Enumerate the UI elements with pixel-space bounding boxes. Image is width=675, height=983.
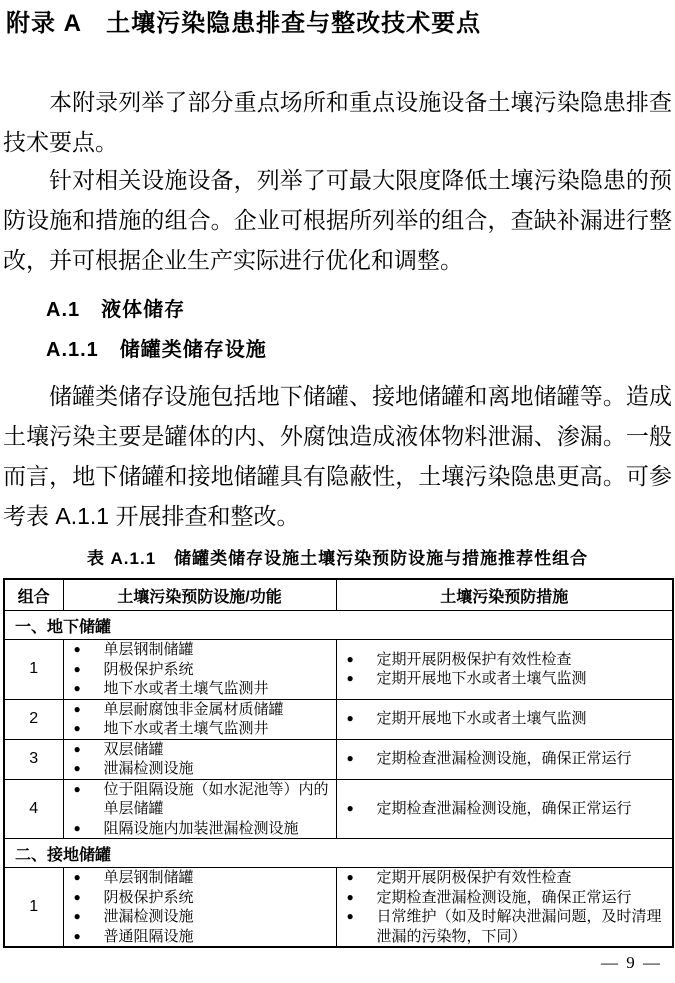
list-item-text: 单层耐腐蚀非金属材质储罐 [104,701,284,718]
list-item-text: 阻隔设施内加装泄漏检测设施 [104,820,299,837]
table-caption: 表 A.1.1 储罐类储存设施土壤污染预防设施与措施推荐性组合 [0,544,675,569]
list-item: ●泄漏检测设施 [64,907,336,927]
facilities-cell: ●双层储罐 ●泄漏检测设施 [63,739,336,779]
paragraph-combinations: 针对相关设施设备，列举了可最大限度降低土壤污染隐患的预防设施和措施的组合。企业可… [3,160,672,280]
list-item-text: 定期开展阴极保护有效性检查 [377,869,572,886]
bullet-icon: ● [74,780,81,800]
measures-cell: ●定期检查泄漏检测设施，确保正常运行 [336,779,673,839]
list-item-text: 泄漏检测设施 [104,908,194,925]
facilities-cell: ●单层耐腐蚀非金属材质储罐 ●地下水或者土壤气监测井 [63,699,336,739]
list-item: ●地下水或者土壤气监测井 [64,719,336,739]
list-item: ●单层钢制储罐 [64,868,336,888]
list-item: ●定期开展阴极保护有效性检查 [337,868,673,888]
list-item-text: 泄漏检测设施 [104,760,194,777]
page-number: — 9 — [601,953,662,973]
list-item-text: 地下水或者土壤气监测井 [104,720,269,737]
bullet-icon: ● [74,640,81,660]
list-item-text: 位于阻隔设施（如水泥池等）内的单层储罐 [104,781,329,818]
bullet-icon: ● [74,700,81,720]
column-header-facilities: 土壤污染预防设施/功能 [63,579,336,611]
list-item: ●泄漏检测设施 [64,759,336,779]
list-item-text: 双层储罐 [104,741,164,758]
table-row: 1 ●单层钢制储罐 ●阴极保护系统 ●地下水或者土壤气监测井 ●定期开展阴极保护… [4,640,673,700]
column-header-combo: 组合 [4,579,63,611]
list-item: ●普通阻隔设施 [64,927,336,947]
section-row-underground-tanks: 一、地下储罐 [4,611,673,640]
bullet-icon: ● [74,907,81,927]
bullet-icon: ● [74,679,81,699]
list-item-text: 定期开展阴极保护有效性检查 [377,651,572,668]
combo-number: 2 [4,699,63,739]
bullet-icon: ● [74,660,81,680]
combo-number: 1 [4,868,63,948]
list-item: ●定期开展地下水或者土壤气监测 [337,669,673,689]
list-item: ●位于阻隔设施（如水泥池等）内的单层储罐 [64,780,336,819]
bullet-icon: ● [347,669,354,689]
measures-cell: ●定期开展阴极保护有效性检查 ●定期检查泄漏检测设施，确保正常运行 ●日常维护（… [336,868,673,948]
list-item-text: 阴极保护系统 [104,661,194,678]
heading-a11: A.1.1 储罐类储存设施 [46,333,267,362]
list-item-text: 地下水或者土壤气监测井 [104,680,269,697]
bullet-icon: ● [347,799,354,819]
section-title: 二、接地储罐 [4,839,673,868]
table-row: 4 ●位于阻隔设施（如水泥池等）内的单层储罐 ●阻隔设施内加装泄漏检测设施 ●定… [4,779,673,839]
paragraph-intro: 本附录列举了部分重点场所和重点设施设备土壤污染隐患排查技术要点。 [3,82,672,162]
bullet-icon: ● [347,709,354,729]
heading-a1: A.1 液体储存 [46,293,185,322]
list-item-text: 日常维护（如及时解决泄漏问题，及时清理泄漏的污染物，下同） [377,908,662,945]
list-item: ●定期检查泄漏检测设施，确保正常运行 [337,888,673,908]
table-row: 3 ●双层储罐 ●泄漏检测设施 ●定期检查泄漏检测设施，确保正常运行 [4,739,673,779]
list-item-text: 普通阻隔设施 [104,928,194,945]
bullet-icon: ● [347,868,354,888]
list-item: ●日常维护（如及时解决泄漏问题，及时清理泄漏的污染物，下同） [337,907,673,946]
bullet-icon: ● [74,888,81,908]
bullet-icon: ● [74,740,81,760]
recommendation-table: 组合 土壤污染预防设施/功能 土壤污染预防措施 一、地下储罐 1 ●单层钢制储罐… [3,578,674,948]
measures-cell: ●定期开展地下水或者土壤气监测 [336,699,673,739]
bullet-icon: ● [74,927,81,947]
list-item: ●定期检查泄漏检测设施，确保正常运行 [337,749,673,769]
column-header-measures: 土壤污染预防措施 [336,579,673,611]
table-header-row: 组合 土壤污染预防设施/功能 土壤污染预防措施 [4,579,673,611]
list-item-text: 单层钢制储罐 [104,641,194,658]
page-title: 附录 A 土壤污染隐患排查与整改技术要点 [6,3,670,38]
list-item-text: 定期检查泄漏检测设施，确保正常运行 [377,889,632,906]
bullet-icon: ● [347,888,354,908]
bullet-icon: ● [347,749,354,769]
bullet-icon: ● [347,907,354,927]
combo-number: 4 [4,779,63,839]
list-item: ●定期开展阴极保护有效性检查 [337,650,673,670]
list-item: ●定期开展地下水或者土壤气监测 [337,709,673,729]
paragraph-tank-storage: 储罐类储存设施包括地下储罐、接地储罐和离地储罐等。造成土壤污染主要是罐体的内、外… [3,376,672,536]
facilities-cell: ●单层钢制储罐 ●阴极保护系统 ●地下水或者土壤气监测井 [63,640,336,700]
measures-cell: ●定期检查泄漏检测设施，确保正常运行 [336,739,673,779]
list-item-text: 阴极保护系统 [104,889,194,906]
combo-number: 1 [4,640,63,700]
facilities-cell: ●单层钢制储罐 ●阴极保护系统 ●泄漏检测设施 ●普通阻隔设施 [63,868,336,948]
list-item: ●双层储罐 [64,740,336,760]
list-item-text: 定期开展地下水或者土壤气监测 [377,670,587,687]
table-row: 1 ●单层钢制储罐 ●阴极保护系统 ●泄漏检测设施 ●普通阻隔设施 ●定期开展阴… [4,868,673,948]
bullet-icon: ● [74,719,81,739]
bullet-icon: ● [74,868,81,888]
list-item: ●阻隔设施内加装泄漏检测设施 [64,819,336,839]
list-item-text: 定期检查泄漏检测设施，确保正常运行 [377,800,632,817]
list-item-text: 定期检查泄漏检测设施，确保正常运行 [377,750,632,767]
list-item: ●定期检查泄漏检测设施，确保正常运行 [337,799,673,819]
list-item-text: 定期开展地下水或者土壤气监测 [377,710,587,727]
list-item: ●地下水或者土壤气监测井 [64,679,336,699]
bullet-icon: ● [74,819,81,839]
combo-number: 3 [4,739,63,779]
table-row: 2 ●单层耐腐蚀非金属材质储罐 ●地下水或者土壤气监测井 ●定期开展地下水或者土… [4,699,673,739]
section-row-grounded-tanks: 二、接地储罐 [4,839,673,868]
list-item: ●单层耐腐蚀非金属材质储罐 [64,700,336,720]
section-title: 一、地下储罐 [4,611,673,640]
list-item: ●单层钢制储罐 [64,640,336,660]
bullet-icon: ● [347,650,354,670]
list-item-text: 单层钢制储罐 [104,869,194,886]
list-item: ●阴极保护系统 [64,888,336,908]
measures-cell: ●定期开展阴极保护有效性检查 ●定期开展地下水或者土壤气监测 [336,640,673,700]
facilities-cell: ●位于阻隔设施（如水泥池等）内的单层储罐 ●阻隔设施内加装泄漏检测设施 [63,779,336,839]
list-item: ●阴极保护系统 [64,660,336,680]
bullet-icon: ● [74,759,81,779]
